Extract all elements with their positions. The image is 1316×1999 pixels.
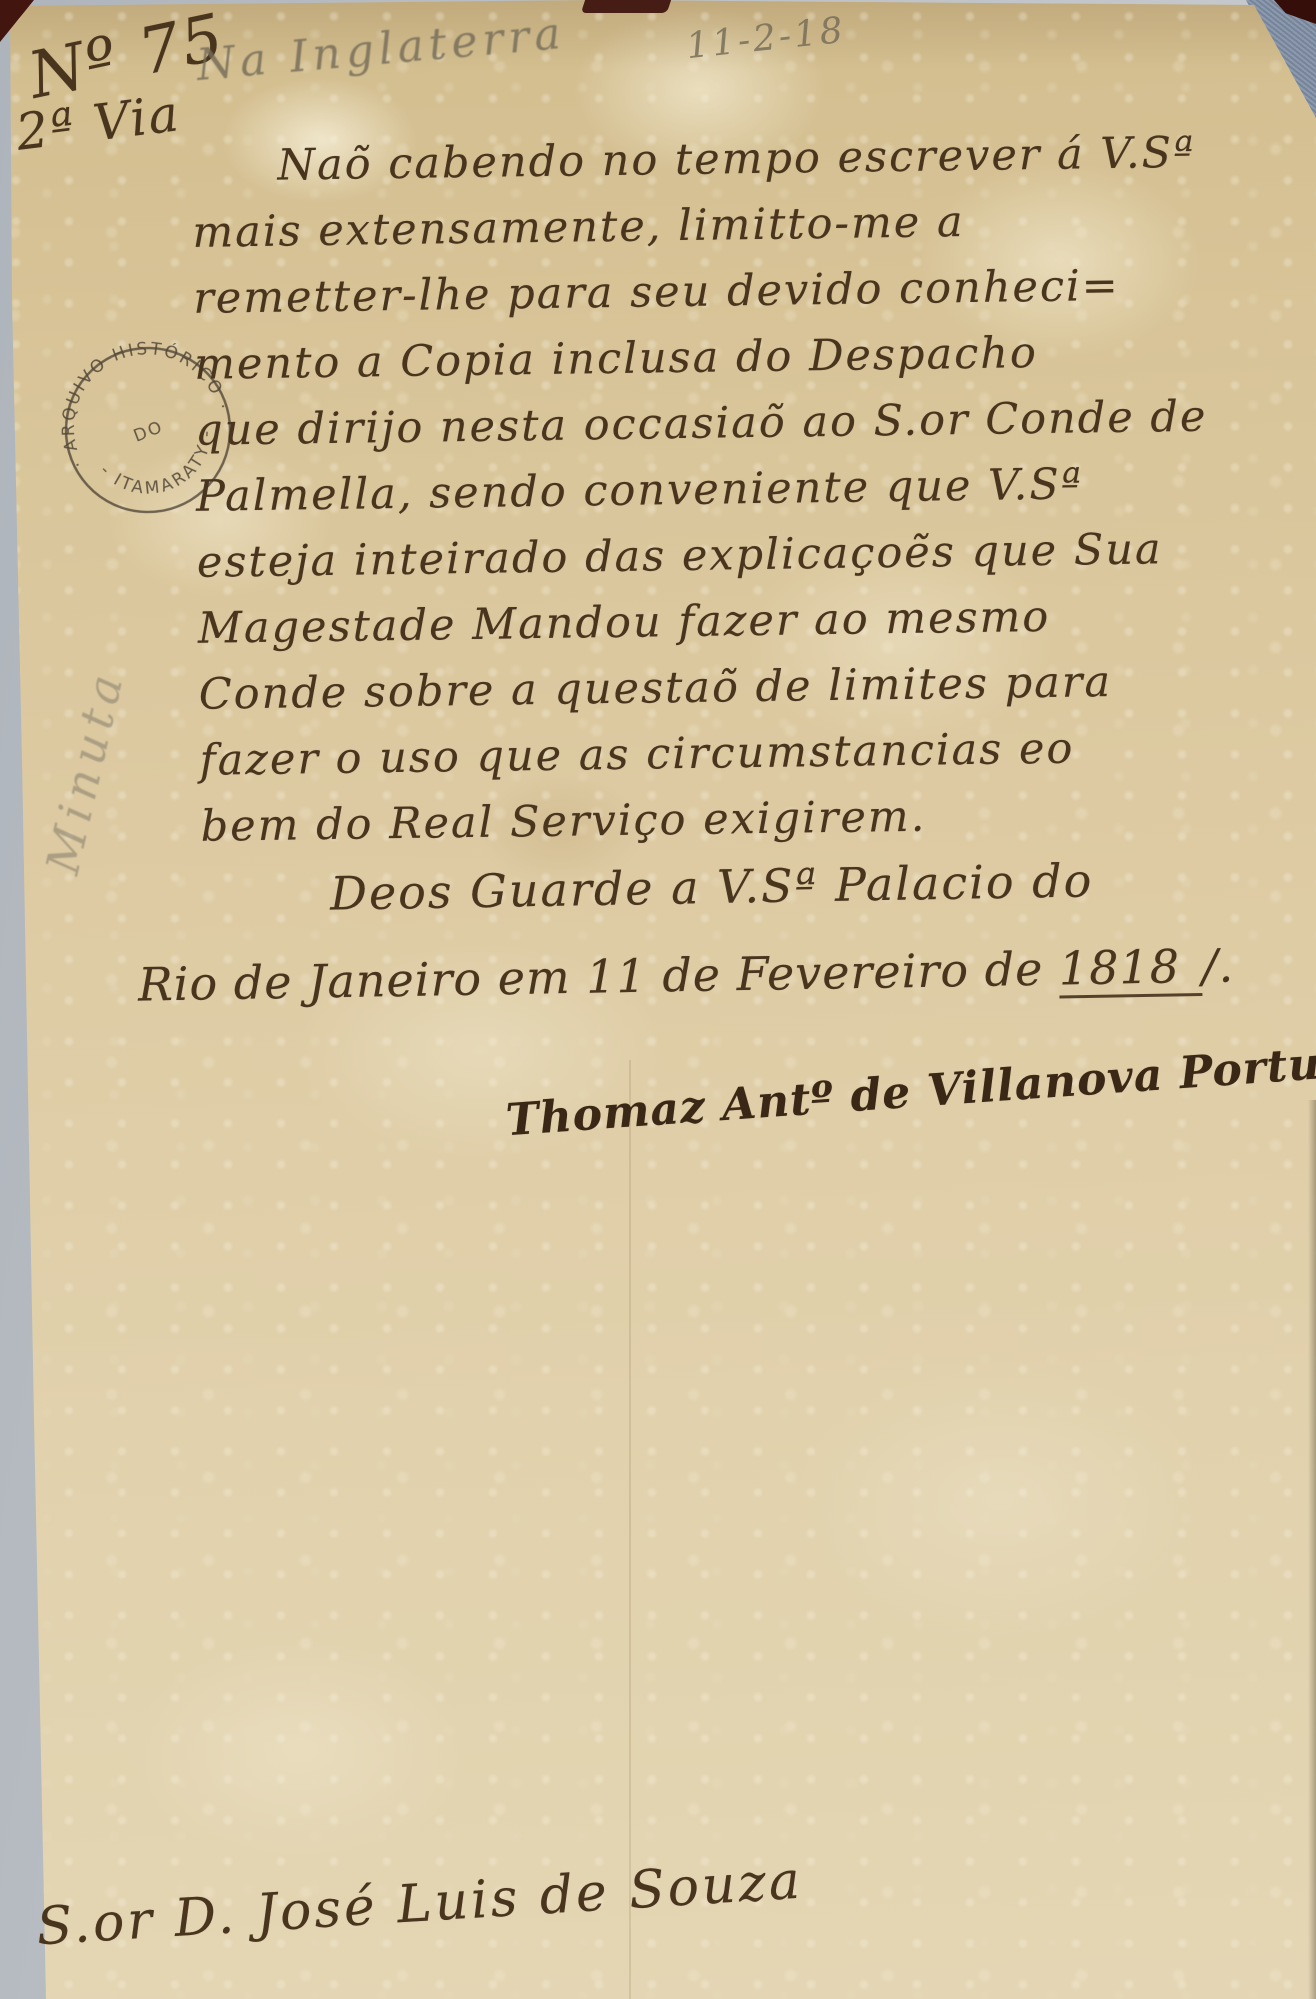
manuscript-photo: Nº 75 2ª Via Na Inglaterra 11-2-18 Minut… [0,0,1316,1999]
closing-dateline-suffix: /. [1201,938,1234,993]
stamp-center-text: DO [131,417,167,447]
paper-edge-shadow [1308,1100,1316,1999]
closing-year: 1818 [1058,939,1202,998]
board-edge-mark-top [581,0,671,13]
letter-body: Naõ cabendo no tempo escrever á V.Sª mai… [191,118,1316,860]
paper-crease [629,1060,631,1999]
